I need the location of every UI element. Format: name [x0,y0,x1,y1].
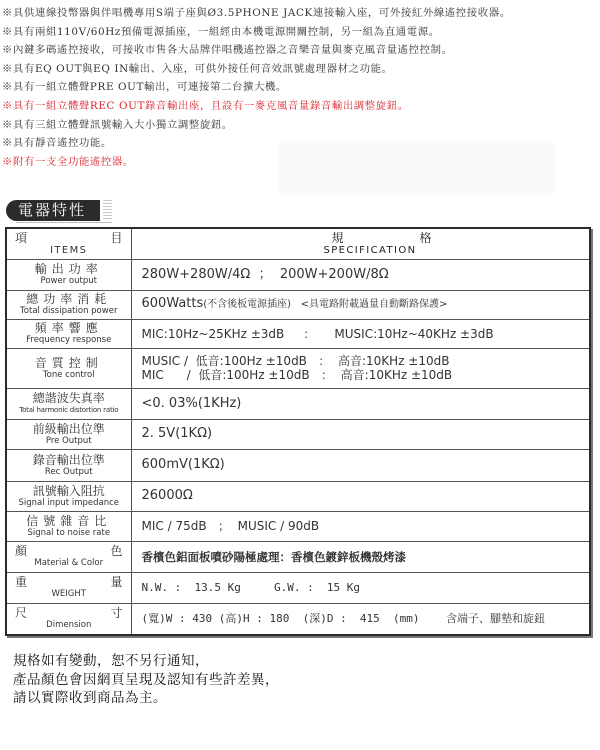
feature-item: ※具有EQ OUT與EQ IN輸出、入座，可供外接任何音效訊號處理器材之功能。 [2,60,600,79]
row-spec-value-mic: MIC / 低音:100Hz ±10dB ： 高音:10KHz ±10dB [142,368,590,382]
row-label-en: Rec Output [11,467,127,478]
row-label-en: Signal to noise rate [11,528,127,539]
row-label-zh-right: 量 [110,575,122,589]
feature-item: ※具有靜音遙控功能。 [2,134,600,153]
feature-item: ※具供連線投幣器與伴唱機專用S端子座與Ø3.5PHONE JACK連接輸入座，可… [2,4,600,23]
table-row: 尺 寸 Dimension (寬)W : 430 (高)H : 180 (深)D… [6,603,590,635]
feature-item: ※具有兩組110V/60Hz預備電源插座，一組經由本機電源開關控制，另一組為直通… [2,23,600,42]
row-spec-value: MIC:10Hz~25KHz ±3dB ： MUSIC:10Hz~40KHz ±… [142,327,590,341]
row-label-zh-right: 寸 [110,606,122,620]
row-label-zh: 前級輸出位準 [11,422,127,436]
feature-item: ※具有一組立體聲PRE OUT輸出，可連接第二台擴大機。 [2,78,600,97]
row-label-zh: 音質控制 [11,356,127,370]
row-label-zh-left: 尺 [15,606,27,620]
feature-item: ※內鍵多碼遙控接收，可接收市售各大品牌伴唱機遙控器之音樂音量與麥克風音量遙控控制… [2,41,600,60]
table-row: 總功率消耗 Total dissipation power 600Watts(不… [6,290,590,319]
row-spec-value: 280W+280W/4Ω ； 200W+200W/8Ω [142,268,590,282]
row-label-en: Power output [11,276,127,287]
row-spec-value: 26000Ω [142,489,590,503]
header-spec-zh-right: 格 [419,231,431,245]
table-row: 重 量 WEIGHT N.W. : 13.5 Kg G.W. : 15 Kg [6,572,590,603]
table-row: 頻率響應 Frequency response MIC:10Hz~25KHz ±… [6,319,590,348]
row-label-zh: 信號雜音比 [11,514,127,528]
header-spec-cell: 規 格 SPECIFICATION [131,228,590,259]
row-spec-note: (不含後板電源插座) <具電路附載過量自動斷路保護> [203,299,447,310]
row-label-zh: 頻率響應 [11,321,127,335]
notice-line: 產品顏色會因網頁呈現及認知有些許差異， [13,671,279,690]
table-header-row: 項 目 ITEMS 規 格 SPECIFICATION [6,228,590,259]
row-label-zh-left: 重 [15,575,27,589]
row-label-en: Total dissipation power [11,306,127,317]
row-spec-value: MIC / 75dB ； MUSIC / 90dB [142,519,590,533]
header-item-zh-right: 目 [110,231,122,245]
row-spec-value: 600mV(1KΩ) [142,458,590,472]
spec-table: 項 目 ITEMS 規 格 SPECIFICATION 輸出功率 Power o… [5,227,591,636]
row-label-en: Tone control [11,370,127,381]
row-label-zh: 錄音輸出位準 [11,453,127,467]
disclaimer-notice: 規格如有變動，恕不另行通知， 產品顏色會因網頁呈現及認知有些許差異， 請以實際收… [13,652,279,708]
row-label-en: WEIGHT [11,589,127,600]
table-row: 音質控制 Tone control MUSIC / 低音:100Hz ±10dB… [6,348,590,388]
feature-item-highlight: ※具有一組立體聲REC OUT錄音輸出座，且設有一麥克風音量錄音輸出調整旋鈕。 [2,97,600,116]
notice-line: 請以實際收到商品為主。 [13,689,279,708]
header-spec-en: SPECIFICATION [324,245,590,257]
header-items-cell: 項 目 ITEMS [6,228,131,259]
header-item-en: ITEMS [11,245,127,256]
feature-list: ※具供連線投幣器與伴唱機專用S端子座與Ø3.5PHONE JACK連接輸入座，可… [2,4,600,171]
row-label-en: Pre Output [11,436,127,447]
badge-underline [16,222,112,223]
badge-stripe-decoration [103,200,112,221]
header-spec-zh-left: 規 [332,231,344,245]
row-label-zh: 輸出功率 [11,262,127,276]
header-item-zh-left: 項 [15,231,27,245]
row-spec-value: <0. 03%(1KHz) [142,397,590,411]
row-label-en: Dimension [11,620,127,631]
table-row: 顏 色 Material & Color 香檳色鋁面板噴砂陽極處理：香檳色鍍鋅板… [6,541,590,572]
row-label-zh: 總諧波失真率 [11,391,127,405]
notice-line: 規格如有變動，恕不另行通知， [13,652,279,671]
row-label-zh-right: 色 [110,544,122,558]
table-row: 信號雜音比 Signal to noise rate MIC / 75dB ； … [6,511,590,541]
table-row: 錄音輸出位準 Rec Output 600mV(1KΩ) [6,449,590,481]
feature-item-highlight: ※附有一支全功能遙控器。 [2,153,600,172]
row-label-zh: 總功率消耗 [11,292,127,306]
row-label-zh-left: 顏 [15,544,27,558]
row-label-en: Total harmonic distortion ratio [11,405,127,416]
row-label-en: Frequency response [11,335,127,346]
table-row: 前級輸出位準 Pre Output 2. 5V(1KΩ) [6,419,590,449]
row-spec-value-music: MUSIC / 低音:100Hz ±10dB ： 高音:10KHz ±10dB [142,354,590,368]
row-label-zh: 訊號輸入阻抗 [11,484,127,498]
table-row: 輸出功率 Power output 280W+280W/4Ω ； 200W+20… [6,259,590,290]
section-title-badge: 電器特性 [6,200,100,221]
table-row: 訊號輸入阻抗 Signal input impedance 26000Ω [6,481,590,511]
row-spec-value: (寬)W : 430 (高)H : 180 (深)D : 415 (mm) 含端… [142,612,590,626]
feature-item: ※具有三組立體聲訊號輸入大小獨立調整旋鈕。 [2,116,600,135]
row-spec-value: N.W. : 13.5 Kg G.W. : 15 Kg [142,581,590,595]
table-row: 總諧波失真率 Total harmonic distortion ratio <… [6,388,590,419]
row-spec-value: 600Watts [142,296,204,311]
row-spec-value: 香檳色鋁面板噴砂陽極處理：香檳色鍍鋅板機殼烤漆 [142,550,590,564]
row-spec-value: 2. 5V(1KΩ) [142,427,590,441]
row-label-en: Material & Color [11,558,127,569]
row-label-en: Signal input impedance [11,498,127,509]
